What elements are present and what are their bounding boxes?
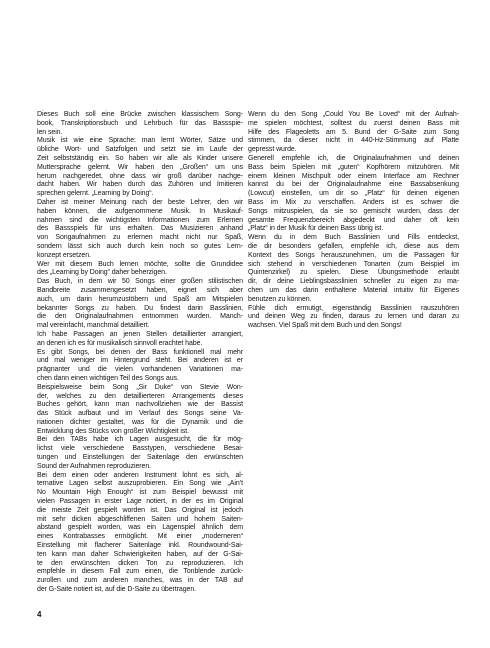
text-line: chen dann einen wichtigen Teil des Songs… (37, 375, 243, 384)
text-line: Wer mit diesem Buch lernen möchte, sollt… (37, 261, 243, 270)
text-line: nahmen sind die wichtigsten Informatione… (37, 217, 243, 226)
text-line: Bei dem einen oder anderen Instrument lo… (37, 472, 243, 481)
text-line: die dir besonders gefallen, empfehle ich… (248, 243, 459, 252)
left-text-column: Dieses Buch soll eine Brücke zwischen kl… (37, 111, 243, 595)
text-line: und mal weniger im Hintergrund steht. Be… (37, 357, 243, 366)
text-line: No Mountain High Enough“ ist zum Beispie… (37, 489, 243, 498)
text-line: bekannter Songs zu haben. Du findest dar… (37, 305, 243, 314)
text-line: me spielen möchtest, solltest du zuerst … (248, 120, 459, 129)
text-line: Zeit selbstständig ein. So haben wir all… (37, 155, 243, 164)
text-line: und deinen Weg zu finden, daraus zu lern… (248, 313, 459, 322)
text-line: Quintenzirkel) zu spielen. Diese Übungsm… (248, 269, 459, 278)
text-line: Ich habe Passagen an jenen Stellen detai… (37, 331, 243, 340)
text-line: ternative Lagen selbst auszuprobieren. E… (37, 480, 243, 489)
text-line: auch, um darin herumzustöbern und Spaß a… (37, 296, 243, 305)
text-line: Bass beim Spielen mit „guten“ Kopfhörern… (248, 164, 459, 173)
book-page: Dieses Buch soll eine Brücke zwischen kl… (0, 0, 490, 648)
text-line: des Bassspiels für uns erhalten. Das Mus… (37, 225, 243, 234)
text-line: die den Originalaufnahmen entnommen wurd… (37, 313, 243, 322)
text-line: sprechen gelernt. „Learning by Doing“. (37, 190, 243, 199)
text-line: mit sehr dicken abgeschliffenen Saiten u… (37, 516, 243, 525)
text-line: der, welches zu den detaillierteren Arra… (37, 393, 243, 402)
page-number: 4 (37, 610, 41, 619)
text-line: Fühle dich ermutigt, eigenständig Bassli… (248, 305, 459, 314)
text-line: empfehle in diesem Fall zum einen, die T… (37, 568, 243, 577)
text-line: Buches gehört, kann man nachvollziehen w… (37, 401, 243, 410)
text-line: kannst du bei der Originalaufnahme eine … (248, 181, 459, 190)
right-text-column: Wenn du den Song „Could You Be Loved“ mi… (248, 111, 459, 331)
text-line: konzept ersetzen. (37, 252, 243, 261)
text-line: einem kleinen Mischpult oder einem Inter… (248, 173, 459, 182)
text-line: (Lowcut) einstellen, um dir so „Platz“ f… (248, 190, 459, 199)
text-line: Beispielsweise beim Song „Sir Duke“ von … (37, 384, 243, 393)
text-line: Es gibt Songs, bei denen der Bass funkti… (37, 349, 243, 358)
text-line: Bass im Mix zu verschaffen. Anders ist e… (248, 199, 459, 208)
text-line: Songs mitzuspielen, da sie so gemischt w… (248, 208, 459, 217)
text-line: ten kann man daher Schwierigkeiten haben… (37, 551, 243, 560)
text-line: prägnanter und die vielen vorhandenen Va… (37, 366, 243, 375)
text-line: gepresst wurde. (248, 146, 459, 155)
text-line: das Stück aufbaut und im Verlauf des Son… (37, 410, 243, 419)
text-line: lichst viele verschiedene Basstypen, ver… (37, 445, 243, 454)
text-line: Musik ist wie eine Sprache: man lernt Wö… (37, 137, 243, 146)
text-line: Generell empfehle ich, die Originalaufna… (248, 155, 459, 164)
text-line: Muttersprache gelernt. Wir haben den „Gr… (37, 164, 243, 173)
text-line: des „Learning by Doing“ daher beherzigen… (37, 269, 243, 278)
text-line: vielen Passagen in erster Lage notiert, … (37, 498, 243, 507)
text-line: Bandbreite zusammengesetzt haben, eignet… (37, 287, 243, 296)
text-line: te den erwünschten dicken Ton zu reprodu… (37, 560, 243, 569)
text-line: von Songaufnahmen zu erlernen macht nich… (37, 234, 243, 243)
text-line: mal vereinfacht, manchmal detailliert. (37, 322, 243, 331)
text-line: zurollen und zum anderen manches, was in… (37, 577, 243, 586)
text-line: abstand gespielt worden, was ein Lagensp… (37, 524, 243, 533)
text-line: herum nachgeredet, ohne dass wir groß da… (37, 173, 243, 182)
text-line: Wenn du den Song „Could You Be Loved“ mi… (248, 111, 459, 120)
text-line: übliche Wort- und Satzfolgen und setzt s… (37, 146, 243, 155)
text-line: Wenn du in dem Buch Basslinien und Fills… (248, 234, 459, 243)
text-line: book, Transkriptionsbuch und Lehrbuch fü… (37, 120, 243, 129)
text-line: dir, dir deine Lieblingsbasslinien schne… (248, 278, 459, 287)
text-line: benutzen zu können. (248, 296, 459, 305)
text-line: die meiste Zeit gespielt worden ist. Das… (37, 507, 243, 516)
text-line: Entwicklung des Stücks von großer Wichti… (37, 428, 243, 437)
text-line: Dieses Buch soll eine Brücke zwischen kl… (37, 111, 243, 120)
text-line: tungen und Einstellungen der Saitenlage … (37, 454, 243, 463)
text-line: haben können, die aufgenommene Musik. In… (37, 208, 243, 217)
text-line: stimmen, da dieser nicht in 440-Hz-Stimm… (248, 137, 459, 146)
text-line: len sein. (37, 129, 243, 138)
text-line: Bei den TABs habe ich Lagen ausgesucht, … (37, 436, 243, 445)
text-line: eines Kontrabasses ermöglicht. Mit einer… (37, 533, 243, 542)
text-line: chen um das darin enthaltene Material in… (248, 287, 459, 296)
text-line: Kontext des Songs herauszunehmen, um die… (248, 252, 459, 261)
text-line: gesamte Frequenzbereich abgedeckt und da… (248, 217, 459, 226)
text-line: Hilfe des Flageoletts am 5. Bund der G-S… (248, 129, 459, 138)
text-line: riationen dichter gestaltet, was für die… (37, 419, 243, 428)
text-line: sondern lässt sich auch durch kein noch … (37, 243, 243, 252)
text-line: Einstellung mit flacherer Saitenlage ink… (37, 542, 243, 551)
text-line: Das Buch, in dem wir 50 Songs einer groß… (37, 278, 243, 287)
text-line: Daher ist meiner Meinung nach der beste … (37, 199, 243, 208)
text-line: „Platz“ in der Musik für deinen Bass übr… (248, 225, 459, 234)
text-line: dacht haben. Wir haben durch das Zuhören… (37, 181, 243, 190)
text-line: an denen ich es für musikalisch sinnvoll… (37, 340, 243, 349)
text-line: der G-Saite notiert ist, auf die D-Saite… (37, 586, 243, 595)
text-line: Sound der Aufnahmen reproduzieren. (37, 463, 243, 472)
text-line: wachsen. Viel Spaß mit dem Buch und den … (248, 322, 459, 331)
